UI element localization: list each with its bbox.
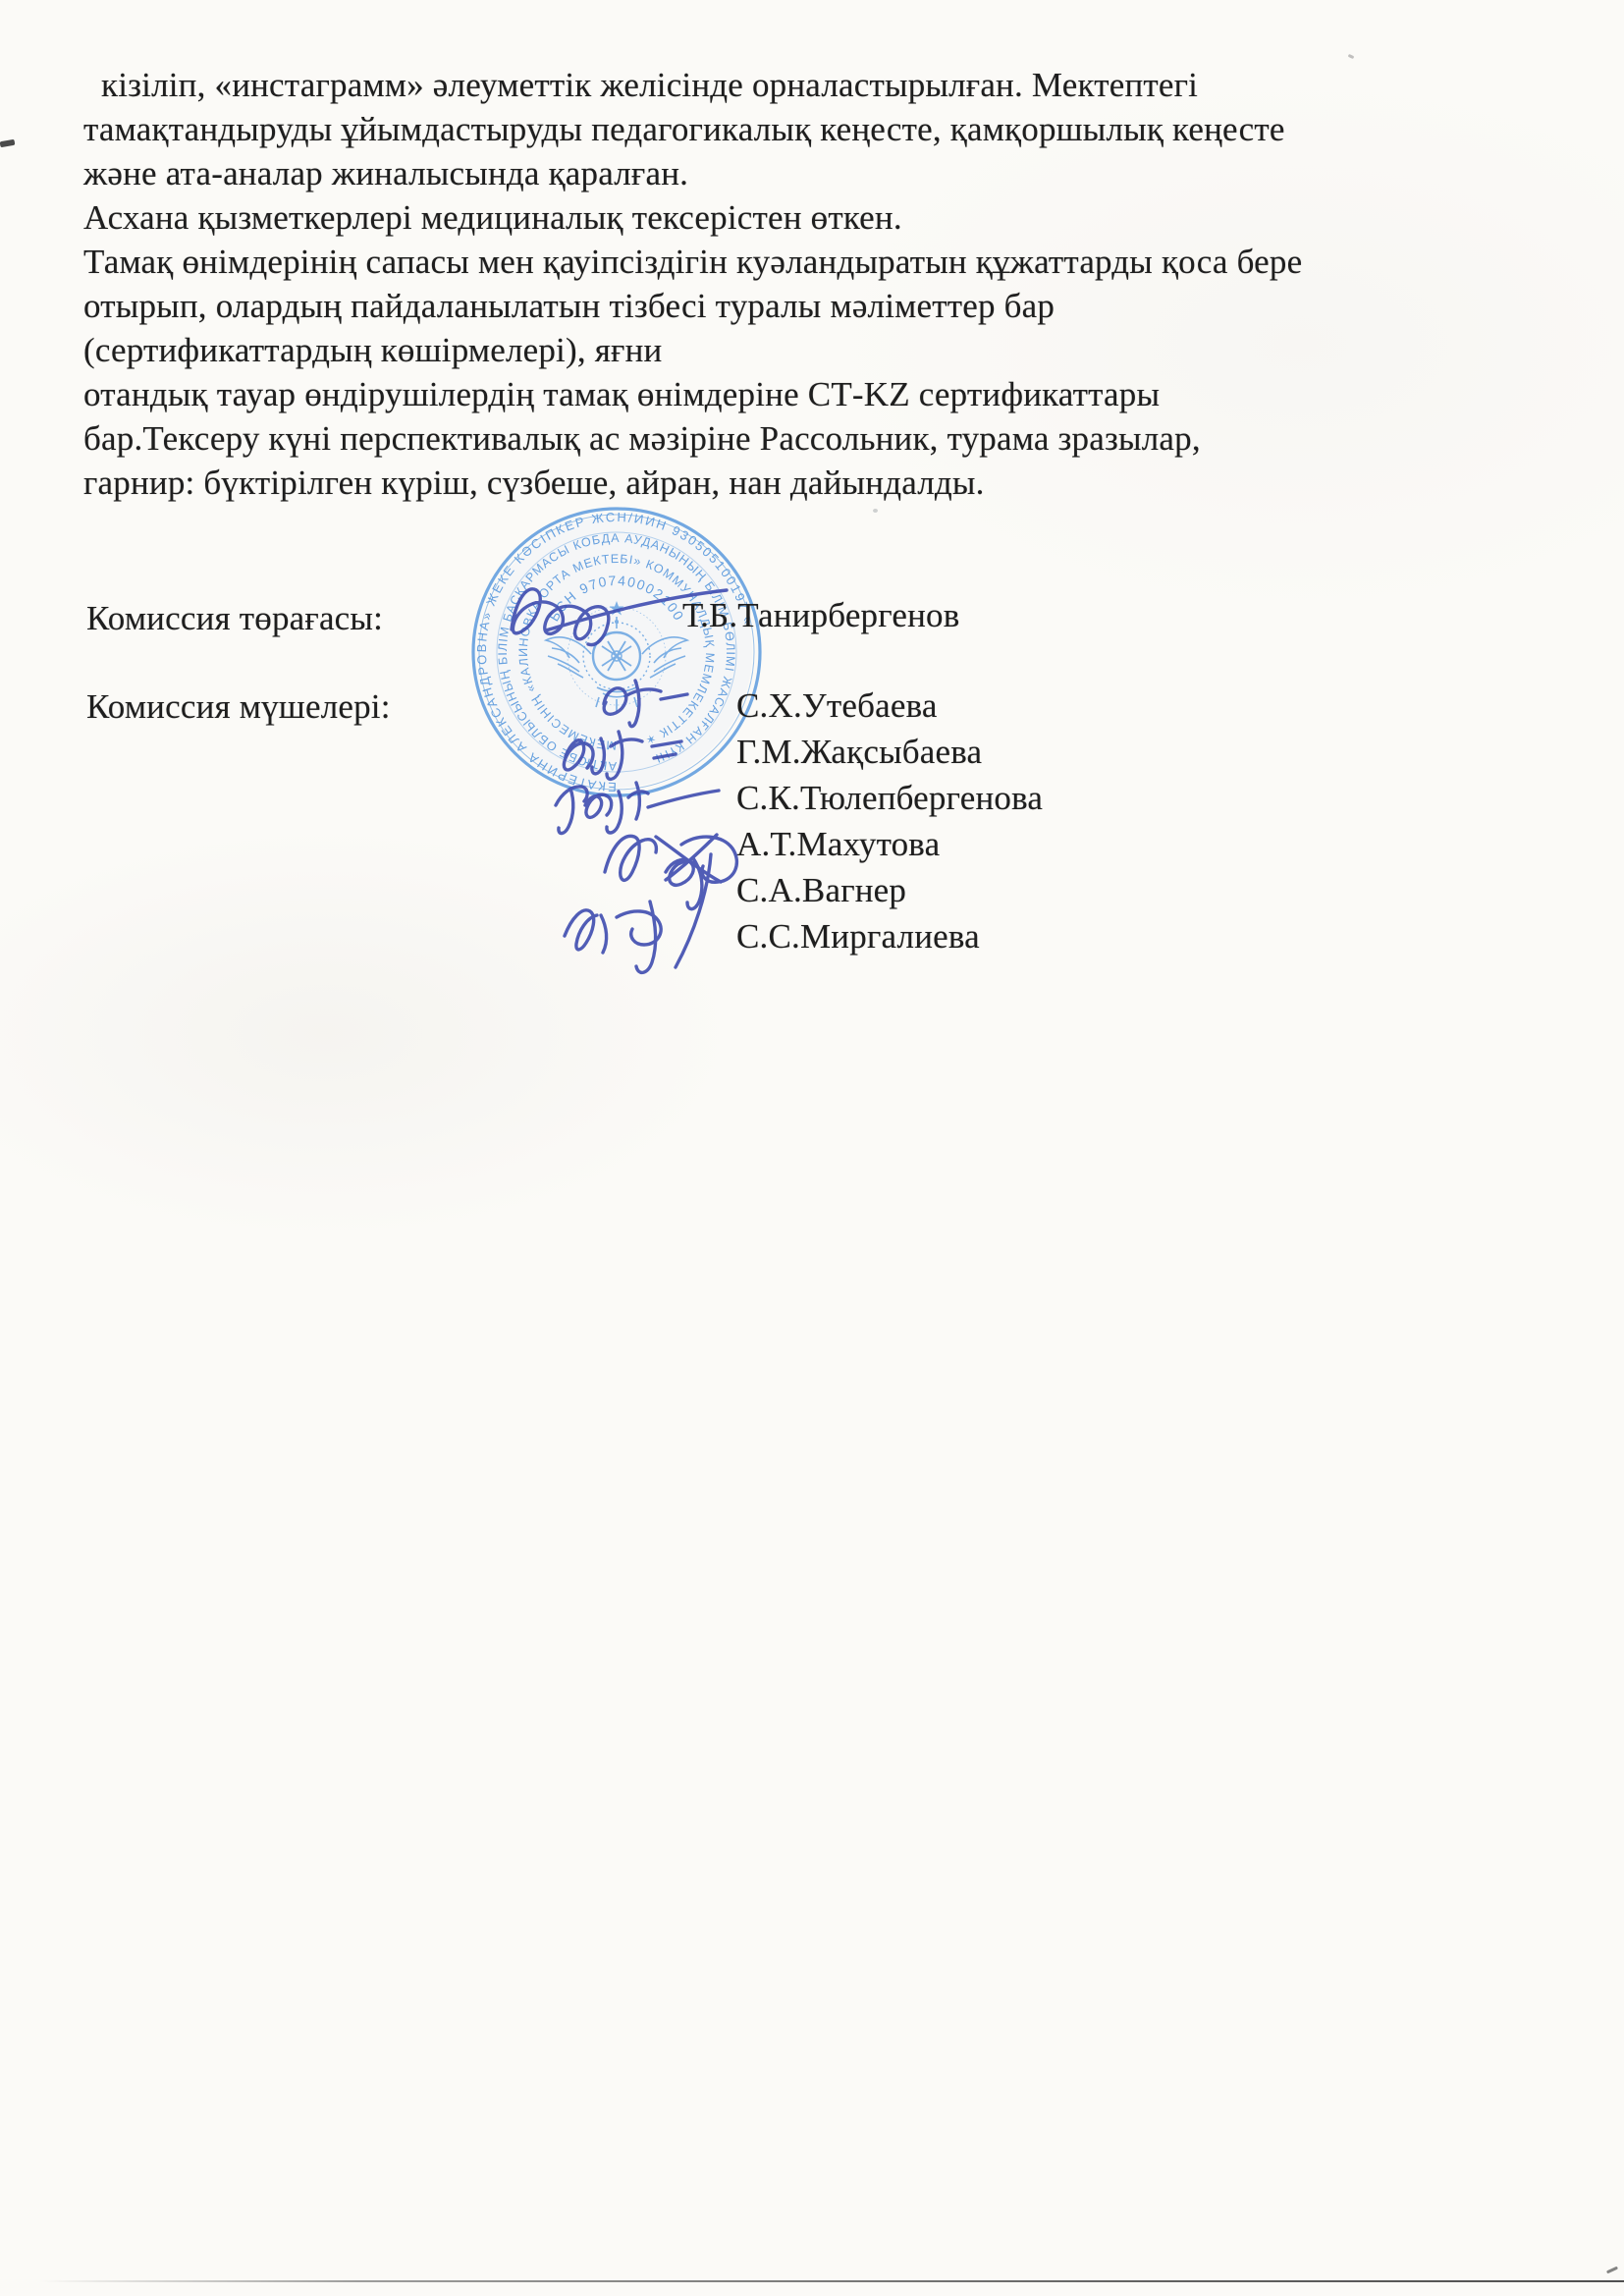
scan-edge-mark — [0, 139, 15, 148]
chairman-name: Т.Б.Танирбергенов — [682, 596, 959, 635]
paragraph-line: (сертификаттардың көшірмелері), яғни — [83, 328, 1458, 372]
member-name: С.К.Тюлепбергенова — [736, 779, 1043, 818]
members-label: Комиссия мүшелері: — [86, 687, 391, 727]
member-name: С.Х.Утебаева — [736, 686, 938, 726]
signature-member-5 — [666, 854, 711, 967]
member-name: С.С.Миргалиева — [736, 917, 980, 957]
signature-member-4 — [605, 835, 736, 882]
signature-member-6 — [565, 902, 661, 972]
paragraph-line: отандық тауар өндірушілердің тамақ өнімд… — [83, 372, 1458, 416]
member-name: С.А.Вагнер — [736, 871, 906, 910]
member-name: Г.М.Жақсыбаева — [736, 733, 982, 772]
scan-speck — [873, 509, 878, 513]
chairman-label: Комиссия төрағасы: — [86, 599, 383, 638]
scan-bottom-edge-line — [39, 2280, 1624, 2282]
scan-speck — [1348, 54, 1355, 59]
paragraph-line: және ата-аналар жиналысында қаралған. — [83, 151, 1458, 195]
paragraph-line: отырып, олардың пайдаланылатын тізбесі т… — [83, 284, 1458, 328]
body-paragraph: кізіліп, «инстаграмм» әлеуметтік желісін… — [83, 63, 1458, 505]
paragraph-line: Тамақ өнімдерінің сапасы мен қауіпсіздіг… — [83, 240, 1458, 284]
paragraph-line: бар.Тексеру күні перспективалық ас мәзір… — [83, 416, 1458, 461]
paragraph-line: Асхана қызметкерлері медициналық тексері… — [83, 195, 1458, 240]
scanned-document-page: кізіліп, «инстаграмм» әлеуметтік желісін… — [0, 0, 1624, 2296]
scan-bottom-edge-hook — [1606, 2267, 1618, 2274]
paragraph-line: кізіліп, «инстаграмм» әлеуметтік желісін… — [83, 63, 1458, 107]
member-name: А.Т.Махутова — [736, 825, 940, 864]
official-round-stamp: ЕКАТЕРИНА АЛЕКСАНДРОВНА» ЖЕКЕ КӘСІПКЕР Ж… — [458, 493, 776, 811]
paragraph-line: тамақтандыруды ұйымдастыруды педагогикал… — [83, 107, 1458, 151]
